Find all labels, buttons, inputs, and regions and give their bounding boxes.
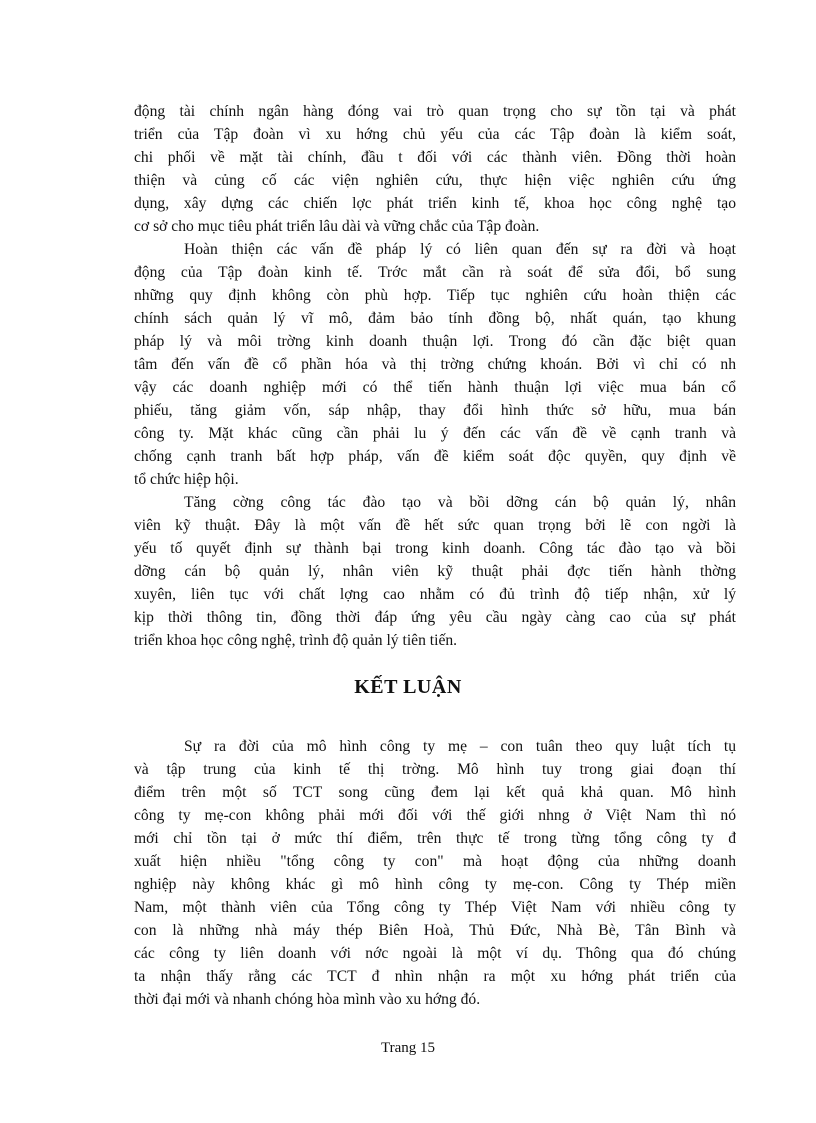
text-line: Tăng cờng công tác đào tạo và bồi dỡng c… — [134, 491, 736, 514]
text-line: pháp lý và môi trờng kinh doanh thuận lợ… — [134, 330, 736, 353]
text-line: Nam, một thành viên của Tổng công ty Thé… — [134, 896, 736, 919]
text-line: chính sách quản lý vĩ mô, đảm bảo tính đ… — [134, 307, 736, 330]
text-line: công ty mẹ-con không phải mới đối với th… — [134, 804, 736, 827]
text-line: thiện và củng cố các viện nghiên cứu, th… — [134, 169, 736, 192]
paragraph-3: Tăng cờng công tác đào tạo và bồi dỡng c… — [134, 491, 736, 652]
text-line: con là những nhà máy thép Biên Hoà, Thủ … — [134, 919, 736, 942]
text-line: và tập trung của kinh tế thị trờng. Mô h… — [134, 758, 736, 781]
text-line: tổ chức hiệp hội. — [134, 468, 736, 491]
text-line: chống cạnh tranh bất hợp pháp, vấn đề ki… — [134, 445, 736, 468]
document-page: động tài chính ngân hàng đóng vai trò qu… — [0, 0, 816, 1123]
text-line: động của Tập đoàn kinh tế. Trớc mắt cần … — [134, 261, 736, 284]
text-line: Sự ra đời của mô hình công ty mẹ – con t… — [134, 735, 736, 758]
text-line: viên kỹ thuật. Đây là một vấn đề hết sức… — [134, 514, 736, 537]
text-line: xuyên, liên tục với chất lợng cao nhằm c… — [134, 583, 736, 606]
body-section-1: động tài chính ngân hàng đóng vai trò qu… — [134, 100, 736, 652]
text-line: dụng, xây dựng các chiến lợc phát triển … — [134, 192, 736, 215]
text-line: tâm đến vấn đề cổ phần hóa và thị trờng … — [134, 353, 736, 376]
paragraph-conclusion: Sự ra đời của mô hình công ty mẹ – con t… — [134, 735, 736, 1011]
text-line: triển khoa học công nghệ, trình độ quản … — [134, 629, 736, 652]
text-line: thời đại mới và nhanh chóng hòa mình vào… — [134, 988, 736, 1011]
text-line: động tài chính ngân hàng đóng vai trò qu… — [134, 100, 736, 123]
paragraph-2: Hoàn thiện các vấn đề pháp lý có liên qu… — [134, 238, 736, 491]
text-line: dỡng cán bộ quản lý, nhân viên kỹ thuật … — [134, 560, 736, 583]
text-line: cơ sở cho mục tiêu phát triển lâu dài và… — [134, 215, 736, 238]
text-line: các công ty liên doanh với nớc ngoài là … — [134, 942, 736, 965]
text-line: kịp thời thông tin, đồng thời đáp ứng yê… — [134, 606, 736, 629]
page-number: Trang 15 — [0, 1040, 816, 1057]
text-line: vậy các doanh nghiệp mới có thể tiến hàn… — [134, 376, 736, 399]
text-line: mới chỉ tồn tại ở mức thí điểm, trên thự… — [134, 827, 736, 850]
body-section-2: Sự ra đời của mô hình công ty mẹ – con t… — [134, 735, 736, 1011]
text-line: phiếu, tăng giảm vốn, sáp nhập, thay đổi… — [134, 399, 736, 422]
text-line: Hoàn thiện các vấn đề pháp lý có liên qu… — [134, 238, 736, 261]
text-line: nghiệp này không khác gì mô hình công ty… — [134, 873, 736, 896]
text-line: ta nhận thấy rằng các TCT đ nhìn nhận ra… — [134, 965, 736, 988]
text-line: công ty. Mặt khác cũng cần phải lu ý đến… — [134, 422, 736, 445]
text-line: yếu tố quyết định sự thành bại trong kin… — [134, 537, 736, 560]
text-line: những quy định không còn phù hợp. Tiếp t… — [134, 284, 736, 307]
text-line: chi phối về mặt tài chính, đầu t đối với… — [134, 146, 736, 169]
text-line: triển của Tập đoàn vì xu hớng chủ yếu củ… — [134, 123, 736, 146]
paragraph-1: động tài chính ngân hàng đóng vai trò qu… — [134, 100, 736, 238]
text-line: xuất hiện nhiều "tổng công ty con" mà ho… — [134, 850, 736, 873]
text-line: điểm trên một số TCT song cũng đem lại k… — [134, 781, 736, 804]
section-heading-conclusion: KẾT LUẬN — [0, 676, 816, 699]
